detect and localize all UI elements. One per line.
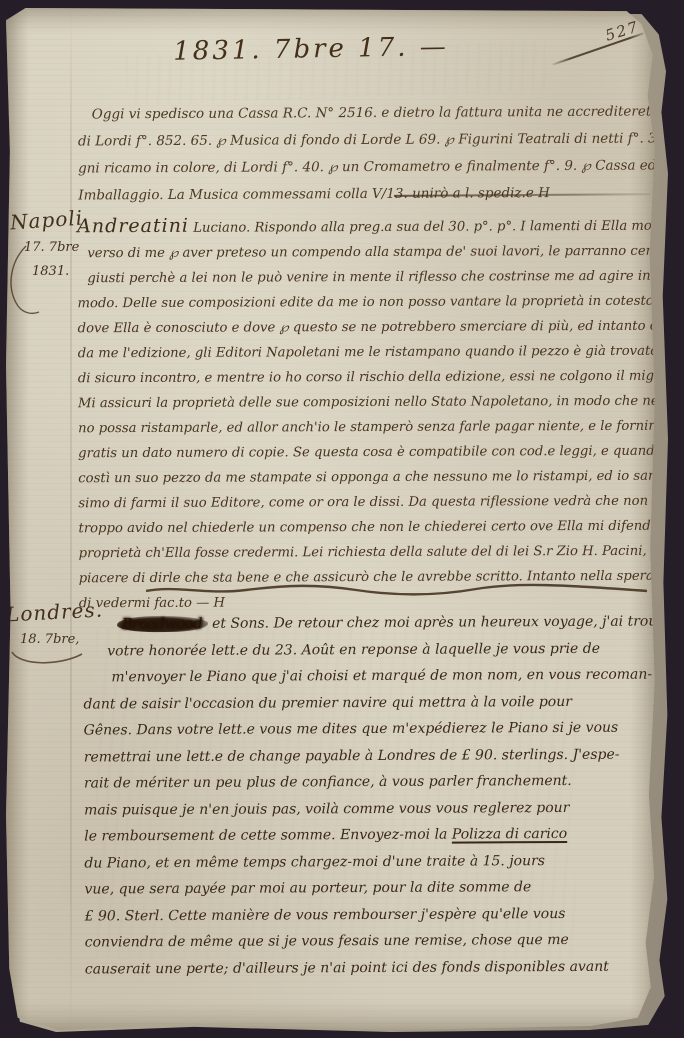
blotted-name: Broadwood	[117, 616, 208, 632]
manuscript-line: proprietà ch'Ella fosse credermi. Lei ri…	[79, 539, 656, 567]
manuscript-line: vue, que sera payée par moi au porteur, …	[84, 873, 656, 903]
margin-date-londres: 18. 7bre,	[20, 632, 79, 647]
manuscript-line: costì un suo pezzo da me stampate si opp…	[78, 464, 656, 492]
entry-andreatini: Andreatini Luciano. Rispondo alla preg.a…	[77, 212, 656, 617]
manuscript-line: conviendra de même que si je vous fesais…	[85, 926, 656, 956]
manuscript-line: dant de saisir l'occasion du premier nav…	[83, 688, 656, 718]
manuscript-line: dove Ella è conosciuto e dove ℘ questo s…	[78, 314, 656, 342]
underlined-phrase: Polizza di carico	[452, 826, 567, 843]
manuscript-line: giusti perchè a lei non le può venire in…	[77, 264, 655, 292]
margin-flourish	[6, 244, 40, 316]
line-text: et Sons. De retour chez moi après un heu…	[208, 613, 656, 631]
margin-place-napoli: Napoli	[9, 205, 84, 234]
manuscript-line: gratis un dato numero di copie. Se quest…	[78, 439, 656, 467]
manuscript-line: modo. Delle sue composizioni edite da me…	[77, 289, 655, 317]
manuscript-line: troppo avido nel chiederle un compenso c…	[78, 514, 656, 542]
manuscript-line: rait de mériter un peu plus de confiance…	[84, 767, 656, 797]
manuscript-line: da me l'edizione, gli Editori Napoletani…	[78, 339, 656, 367]
manuscript-line: du Piano, et en même temps chargez-moi d…	[84, 847, 656, 877]
addressee-name: Andreatini	[77, 215, 189, 237]
manuscript-line: Oggi vi spedisco una Cassa R.C. N° 2516.…	[78, 98, 656, 128]
manuscript-line: remettrai une lett.e de change payable à…	[84, 741, 656, 771]
entry-broadwood: Broadwood et Sons. De retour chez moi ap…	[83, 608, 656, 982]
manuscript-line: gni ricamo in colore, di Lordi f°. 40. ℘…	[78, 152, 656, 182]
manuscript-line: Broadwood et Sons. De retour chez moi ap…	[83, 608, 656, 638]
margin-flourish	[10, 648, 84, 668]
manuscript-line: le remboursement de cette somme. Envoyez…	[84, 820, 656, 850]
manuscript-line: m'envoyer le Piano que j'ai choisi et ma…	[83, 661, 656, 691]
manuscript-line: Gênes. Dans votre lett.e vous me dites q…	[84, 714, 656, 744]
closing-flourish	[146, 582, 648, 598]
manuscript-line: causerait une perte; d'ailleurs je n'ai …	[85, 953, 656, 983]
manuscript-line: di sicuro incontro, e mentre io ho corso…	[78, 364, 656, 392]
manuscript-line: simo di farmi il suo Editore, come or or…	[78, 489, 656, 517]
manuscript-line: votre honorée lett.e du 23. Août en repo…	[83, 635, 656, 665]
line-text: le remboursement de cette somme. Envoyez…	[84, 827, 452, 845]
manuscript-line: no possa ristamparle, ed allor anch'io l…	[78, 414, 656, 442]
margin-crease	[70, 8, 72, 1030]
manuscript-line: mais puisque je n'en jouis pas, voilà co…	[84, 794, 656, 824]
manuscript-line: Andreatini Luciano. Rispondo alla preg.a…	[77, 212, 655, 242]
manuscript-line: £ 90. Sterl. Cette manière de vous rembo…	[85, 900, 656, 930]
line-text: Luciano. Rispondo alla preg.a sua del 30…	[189, 219, 656, 236]
manuscript-line: Mi assicuri la proprietà delle sue compo…	[78, 389, 656, 417]
manuscript-page: 527 1831. 7bre 17. — Oggi vi spedisco un…	[6, 8, 656, 1030]
manuscript-line: di Lordi f°. 852. 65. ℘ Musica di fondo …	[78, 125, 656, 155]
manuscript-line: verso di me ℘ aver preteso un compendo a…	[77, 239, 655, 267]
